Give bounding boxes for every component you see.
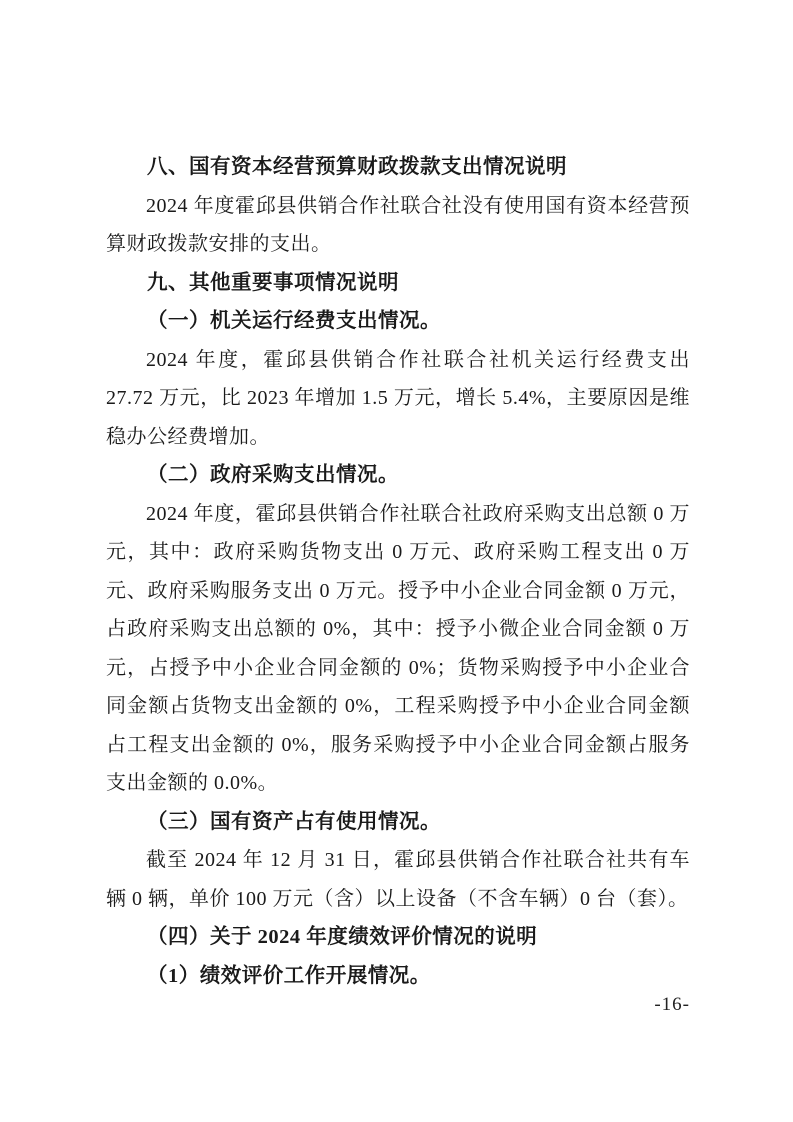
- subheading-performance-evaluation-2024: （四）关于 2024 年度绩效评价情况的说明: [106, 918, 690, 957]
- subheading-state-assets-usage: （三）国有资产占有使用情况。: [106, 803, 690, 842]
- section-heading-soe-budget-expenditure: 八、国有资本经营预算财政拨款支出情况说明: [106, 148, 690, 187]
- page-number: -16-: [106, 994, 690, 1016]
- section-heading-other-important-matters: 九、其他重要事项情况说明: [106, 264, 690, 303]
- paragraph-agency-operating-funds: 2024 年度，霍邱县供销合作社联合社机关运行经费支出 27.72 万元，比 2…: [106, 341, 690, 457]
- document-body: 八、国有资本经营预算财政拨款支出情况说明 2024 年度霍邱县供销合作社联合社没…: [106, 148, 690, 995]
- document-page: 八、国有资本经营预算财政拨款支出情况说明 2024 年度霍邱县供销合作社联合社没…: [0, 0, 793, 1122]
- subheading-performance-evaluation-work: （1）绩效评价工作开展情况。: [106, 957, 690, 996]
- paragraph-state-assets-usage: 截至 2024 年 12 月 31 日，霍邱县供销合作社联合社共有车辆 0 辆，…: [106, 841, 690, 918]
- subheading-government-procurement: （二）政府采购支出情况。: [106, 456, 690, 495]
- paragraph-government-procurement: 2024 年度，霍邱县供销合作社联合社政府采购支出总额 0 万元，其中：政府采购…: [106, 495, 690, 803]
- subheading-agency-operating-funds: （一）机关运行经费支出情况。: [106, 302, 690, 341]
- paragraph-no-soe-expenditure: 2024 年度霍邱县供销合作社联合社没有使用国有资本经营预算财政拨款安排的支出。: [106, 187, 690, 264]
